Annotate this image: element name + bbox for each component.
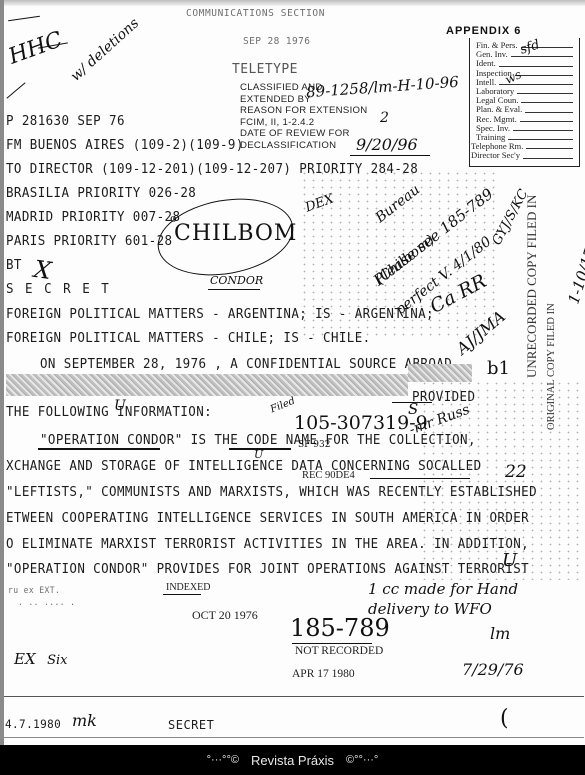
- pen-stroke: [392, 402, 432, 403]
- handwritten-u-mark: U: [502, 550, 517, 571]
- body-line: "LEFTISTS," COMMUNISTS AND MARXISTS, WHI…: [6, 484, 537, 500]
- operation-condor-underline: [38, 448, 160, 450]
- pen-stroke: [6, 82, 25, 98]
- secret-classification: S E C R E T: [6, 281, 111, 297]
- exemption-b1: b1: [487, 358, 510, 379]
- rec-stamp: REC 90DE4: [302, 470, 355, 481]
- bottom-curve-mark: (: [500, 706, 509, 731]
- bt-line: BT: [6, 257, 22, 273]
- faint-text: . .. .... .: [18, 598, 75, 607]
- cc-paris: PARIS PRIORITY 601-28: [6, 233, 172, 249]
- file-185-789: 185-789: [290, 614, 390, 642]
- caption-argentina: FOREIGN POLITICAL MATTERS - ARGENTINA; I…: [6, 306, 434, 322]
- footer-title: Revista Práxis: [251, 753, 334, 768]
- secret-bottom: SECRET: [168, 718, 214, 733]
- body-line: XCHANGE AND STORAGE OF INTELLIGENCE DATA…: [6, 458, 482, 474]
- oct-date-stamp: OCT 20 1976: [192, 608, 258, 623]
- from-line: FM BUENOS AIRES (109-2)(109-9): [6, 137, 244, 153]
- faint-text: ru ex EXT.: [8, 586, 60, 595]
- circle-mark-icon: o: [170, 212, 177, 225]
- lm-date: 7/29/76: [462, 660, 524, 679]
- handwritten-deletions-note: w/ deletions: [68, 15, 143, 84]
- right-margin-number: 1-10/17-9: [564, 232, 585, 306]
- body-line: "OPERATION CONDOR" IS THE CODE NAME FOR …: [40, 432, 476, 448]
- file-underline: [292, 643, 372, 644]
- handwritten-classified-by: 89-1258/lm-H-10-96: [306, 73, 460, 102]
- footer-bar: °···°°© Revista Práxis ©°°···°: [0, 745, 585, 775]
- original-copy-stamp: ORIGINAL COPY FILED IN: [546, 303, 557, 430]
- routing-item: Director Sec'y: [470, 151, 579, 160]
- indexed-stamp: INDEXED: [166, 582, 210, 593]
- footer-left-mark: °···°°©: [207, 754, 239, 766]
- teletype-stamp: TELETYPE: [232, 62, 298, 78]
- redaction-block: [408, 364, 472, 382]
- appendix-title: APPENDIX 6: [446, 25, 521, 37]
- condor-note: CONDOR: [210, 274, 263, 287]
- rec-number: 22: [505, 462, 527, 482]
- cc-madrid: MADRID PRIORITY 007-28: [6, 209, 180, 225]
- scan-edge-top: [0, 0, 585, 6]
- body-line: O ELIMINATE MARXIST TERRORIST ACTIVITIES…: [6, 536, 529, 552]
- body-line: THE FOLLOWING INFORMATION:: [6, 404, 212, 420]
- header-date-stamp: SEP 28 1976: [243, 36, 310, 48]
- handwritten-declass-date: 9/20/96: [356, 135, 418, 154]
- rec-line: [370, 478, 470, 479]
- apr-date-stamp: APR 17 1980: [292, 668, 355, 680]
- condor-underline: [208, 289, 260, 290]
- declassified-document: COMMUNICATIONS SECTION SEP 28 1976 TELET…: [0, 0, 585, 745]
- footer-right-mark: ©°°···°: [346, 754, 378, 766]
- body-line: ON SEPTEMBER 28, 1976 , A CONFIDENTIAL S…: [40, 356, 452, 372]
- routing-box: Fin. & Pers. Gen. Inv. Ident. Inspection…: [469, 38, 580, 167]
- bottom-initials: mk: [72, 711, 97, 730]
- ex-six-note: EX Six: [14, 648, 68, 669]
- not-recorded-stamp: NOT RECORDED: [295, 645, 383, 657]
- chilbom-label: CHILBOM: [174, 221, 297, 246]
- lm-note: lm: [490, 624, 510, 643]
- cc-brasilia: BRASILIA PRIORITY 026-28: [6, 185, 196, 201]
- bottom-date: 4.7.1980: [5, 718, 61, 732]
- pen-stroke: [8, 16, 40, 21]
- cc-made-note: 1 cc made for Hand: [368, 580, 518, 598]
- to-line: TO DIRECTOR (109-12-201)(109-12-207) PRI…: [6, 161, 418, 177]
- unrecorded-copy-stamp: UNRECORDED COPY FILED IN: [524, 195, 540, 378]
- handwritten-u: U: [114, 398, 126, 414]
- precedence-line: P 281630 SEP 76: [6, 113, 125, 129]
- body-line: ETWEEN COOPERATING INTELLIGENCE SERVICES…: [6, 510, 529, 526]
- divider-line: [4, 737, 584, 738]
- communications-section-stamp: COMMUNICATIONS SECTION: [186, 8, 325, 20]
- redaction-block: [6, 374, 408, 396]
- scan-edge-left: [0, 0, 4, 745]
- sf-note: SF 932: [298, 440, 330, 450]
- handwritten-ku: U: [254, 448, 263, 461]
- indexed-underline: [163, 594, 201, 595]
- handwritten-reason: 2: [380, 110, 389, 126]
- caption-chile: FOREIGN POLITICAL MATTERS - CHILE; IS - …: [6, 330, 371, 346]
- divider-line: [4, 696, 584, 697]
- body-line: "OPERATION CONDOR" PROVIDES FOR JOINT OP…: [6, 561, 529, 577]
- handwritten-initials: HHC: [5, 27, 65, 69]
- filed-note: Filed: [269, 396, 297, 416]
- underline: [350, 155, 430, 156]
